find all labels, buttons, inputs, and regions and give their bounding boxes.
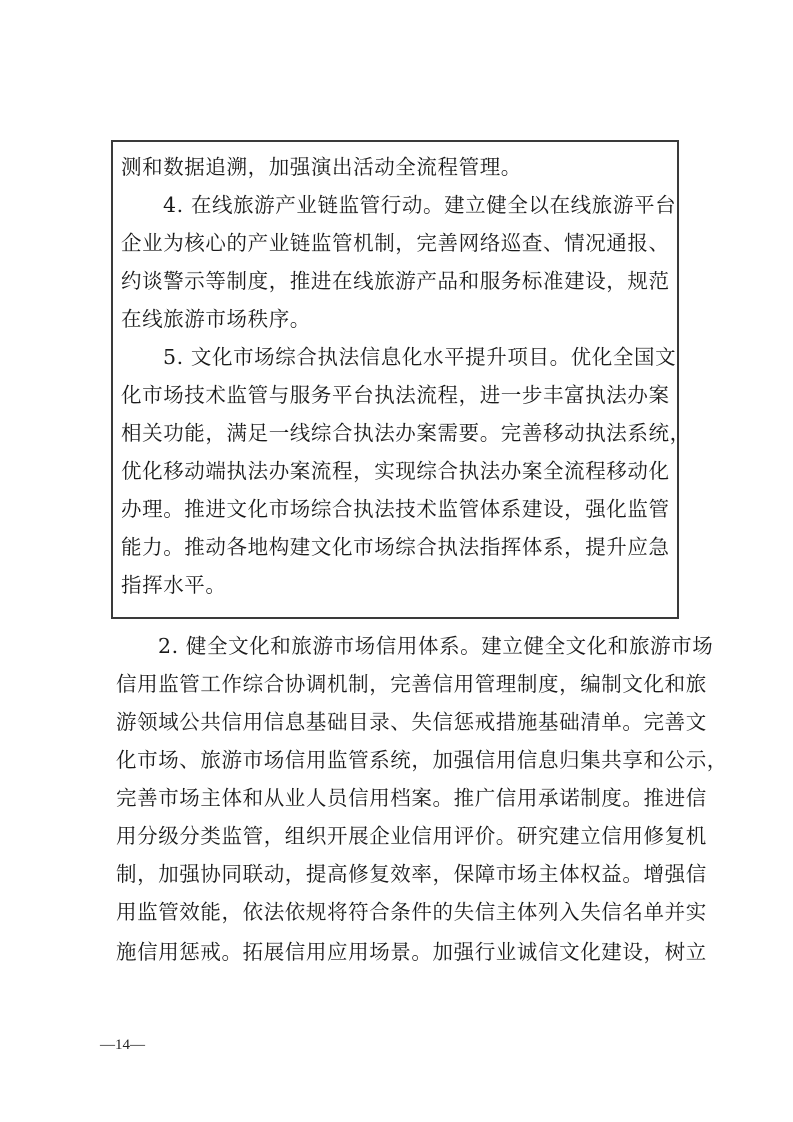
box-line: 化市场技术监管与服务平台执法流程，进一步丰富执法办案 — [121, 383, 670, 407]
box-line: 指挥水平。 — [121, 573, 227, 597]
box-line: 5. 文化市场综合执法信息化水平提升项目。优化全国文 — [121, 345, 676, 369]
body-line: 施信用惩戒。拓展信用应用场景。加强行业诚信文化建设，树立 — [116, 940, 707, 964]
document-page: 测和数据追溯，加强演出活动全流程管理。 4. 在线旅游产业链监管行动。建立健全以… — [0, 0, 793, 1122]
body-line: 信用监管工作综合协调机制，完善信用管理制度，编制文化和旅 — [116, 672, 707, 696]
body-line: 完善市场主体和从业人员信用档案。推广信用承诺制度。推进信 — [116, 786, 707, 810]
box-line: 测和数据追溯，加强演出活动全流程管理。 — [121, 155, 522, 179]
box-line: 约谈警示等制度，推进在线旅游产品和服务标准建设，规范 — [121, 269, 670, 293]
box-line: 企业为核心的产业链监管机制，完善网络巡查、情况通报、 — [121, 231, 670, 255]
body-line: 制，加强协同联动，提高修复效率，保障市场主体权益。增强信 — [116, 862, 707, 886]
page-number: —14— — [100, 1037, 145, 1054]
body-line: 用分级分类监管，组织开展企业信用评价。研究建立信用修复机 — [116, 824, 707, 848]
box-line: 优化移动端执法办案流程，实现综合执法办案全流程移动化 — [121, 459, 670, 483]
box-line: 办理。推进文化市场综合执法技术监管体系建设，强化监管 — [121, 497, 670, 521]
box-line: 能力。推动各地构建文化市场综合执法指挥体系，提升应急 — [121, 535, 670, 559]
body-line: 化市场、旅游市场信用监管系统，加强信用信息归集共享和公示， — [116, 748, 728, 772]
body-line: 用监管效能，依法依规将符合条件的失信主体列入失信名单并实 — [116, 900, 707, 924]
boxed-section: 测和数据追溯，加强演出活动全流程管理。 4. 在线旅游产业链监管行动。建立健全以… — [111, 140, 679, 619]
box-line: 在线旅游市场秩序。 — [121, 307, 311, 331]
box-line: 4. 在线旅游产业链监管行动。建立健全以在线旅游平台 — [121, 193, 676, 217]
box-line: 相关功能，满足一线综合执法办案需要。完善移动执法系统， — [121, 421, 691, 445]
body-line: 游领域公共信用信息基础目录、失信惩戒措施基础清单。完善文 — [116, 710, 707, 734]
body-line: 2. 健全文化和旅游市场信用体系。建立健全文化和旅游市场 — [116, 634, 713, 658]
